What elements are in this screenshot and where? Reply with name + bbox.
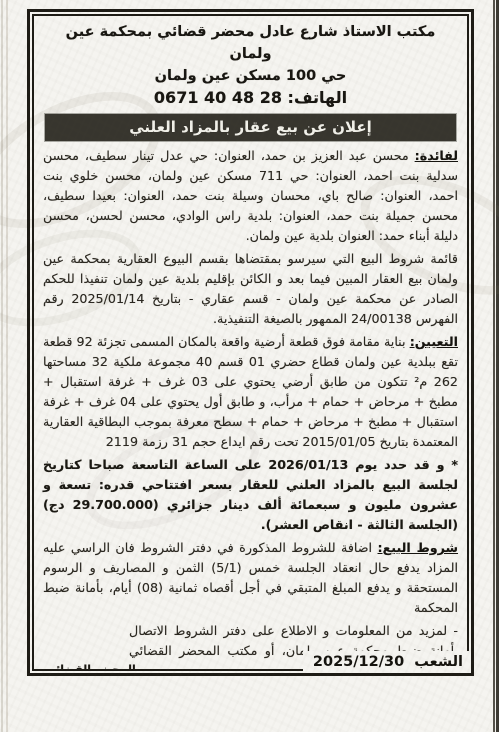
legal-notice-frame: مكتب الاستاذ شارع عادل محضر قضائي بمحكمة… [27,9,474,676]
sale-list-text: قائمة شروط البيع التي سيرسو بمقتضاها بقس… [43,251,458,326]
sale-conditions-paragraph: شروط البيع: اضافة للشروط المذكورة في دفت… [43,538,458,618]
newspaper-page: مكتب الاستاذ شارع عادل محضر قضائي بمحكمة… [0,0,499,732]
office-phone-line: الهاتف: 0671 40 48 28 [43,87,458,109]
notice-body: لفائدة: محسن عبد العزيز بن حمد، العنوان:… [43,146,458,671]
sale-conditions-label: شروط البيع: [378,540,458,555]
beneficiary-text: محسن عبد العزيز بن حمد، العنوان: حي عدل … [43,148,458,243]
notice-title: إعلان عن بيع عقار بالمزاد العلني [129,118,372,136]
beneficiary-paragraph: لفائدة: محسن عبد العزيز بن حمد، العنوان:… [43,146,458,246]
notice-title-banner: إعلان عن بيع عقار بالمزاد العلني [45,114,456,141]
newspaper-footer: الشعب 2025/12/30 [303,651,469,673]
office-address-line: حي 100 مسكن عين ولمان [43,65,458,87]
left-column-rule [0,0,9,732]
right-column-rule [492,0,499,732]
designation-label: التعيين: [410,334,458,349]
legal-notice-inner: مكتب الاستاذ شارع عادل محضر قضائي بمحكمة… [32,14,469,671]
office-name-line: مكتب الاستاذ شارع عادل محضر قضائي بمحكمة… [43,21,458,65]
bailiff-signature: المحضر القضائي [45,660,136,671]
phone-label: الهاتف: [288,88,348,107]
designation-paragraph: التعيين: بناية مقامة فوق قطعة أرضية واقع… [43,332,458,452]
auction-date-paragraph: * و قد حدد يوم 2026/01/13 على الساعة الت… [43,455,458,535]
auction-date-text: * و قد حدد يوم 2026/01/13 على الساعة الت… [43,457,458,532]
phone-number: 0671 40 48 28 [154,88,282,107]
newspaper-name: الشعب [414,654,463,670]
designation-text: بناية مقامة فوق قطعة أرضية واقعة بالمكان… [43,334,458,449]
publication-date: 2025/12/30 [313,654,404,670]
sale-list-paragraph: قائمة شروط البيع التي سيرسو بمقتضاها بقس… [43,249,458,329]
bailiff-office-header: مكتب الاستاذ شارع عادل محضر قضائي بمحكمة… [43,21,458,109]
beneficiary-label: لفائدة: [415,148,458,163]
